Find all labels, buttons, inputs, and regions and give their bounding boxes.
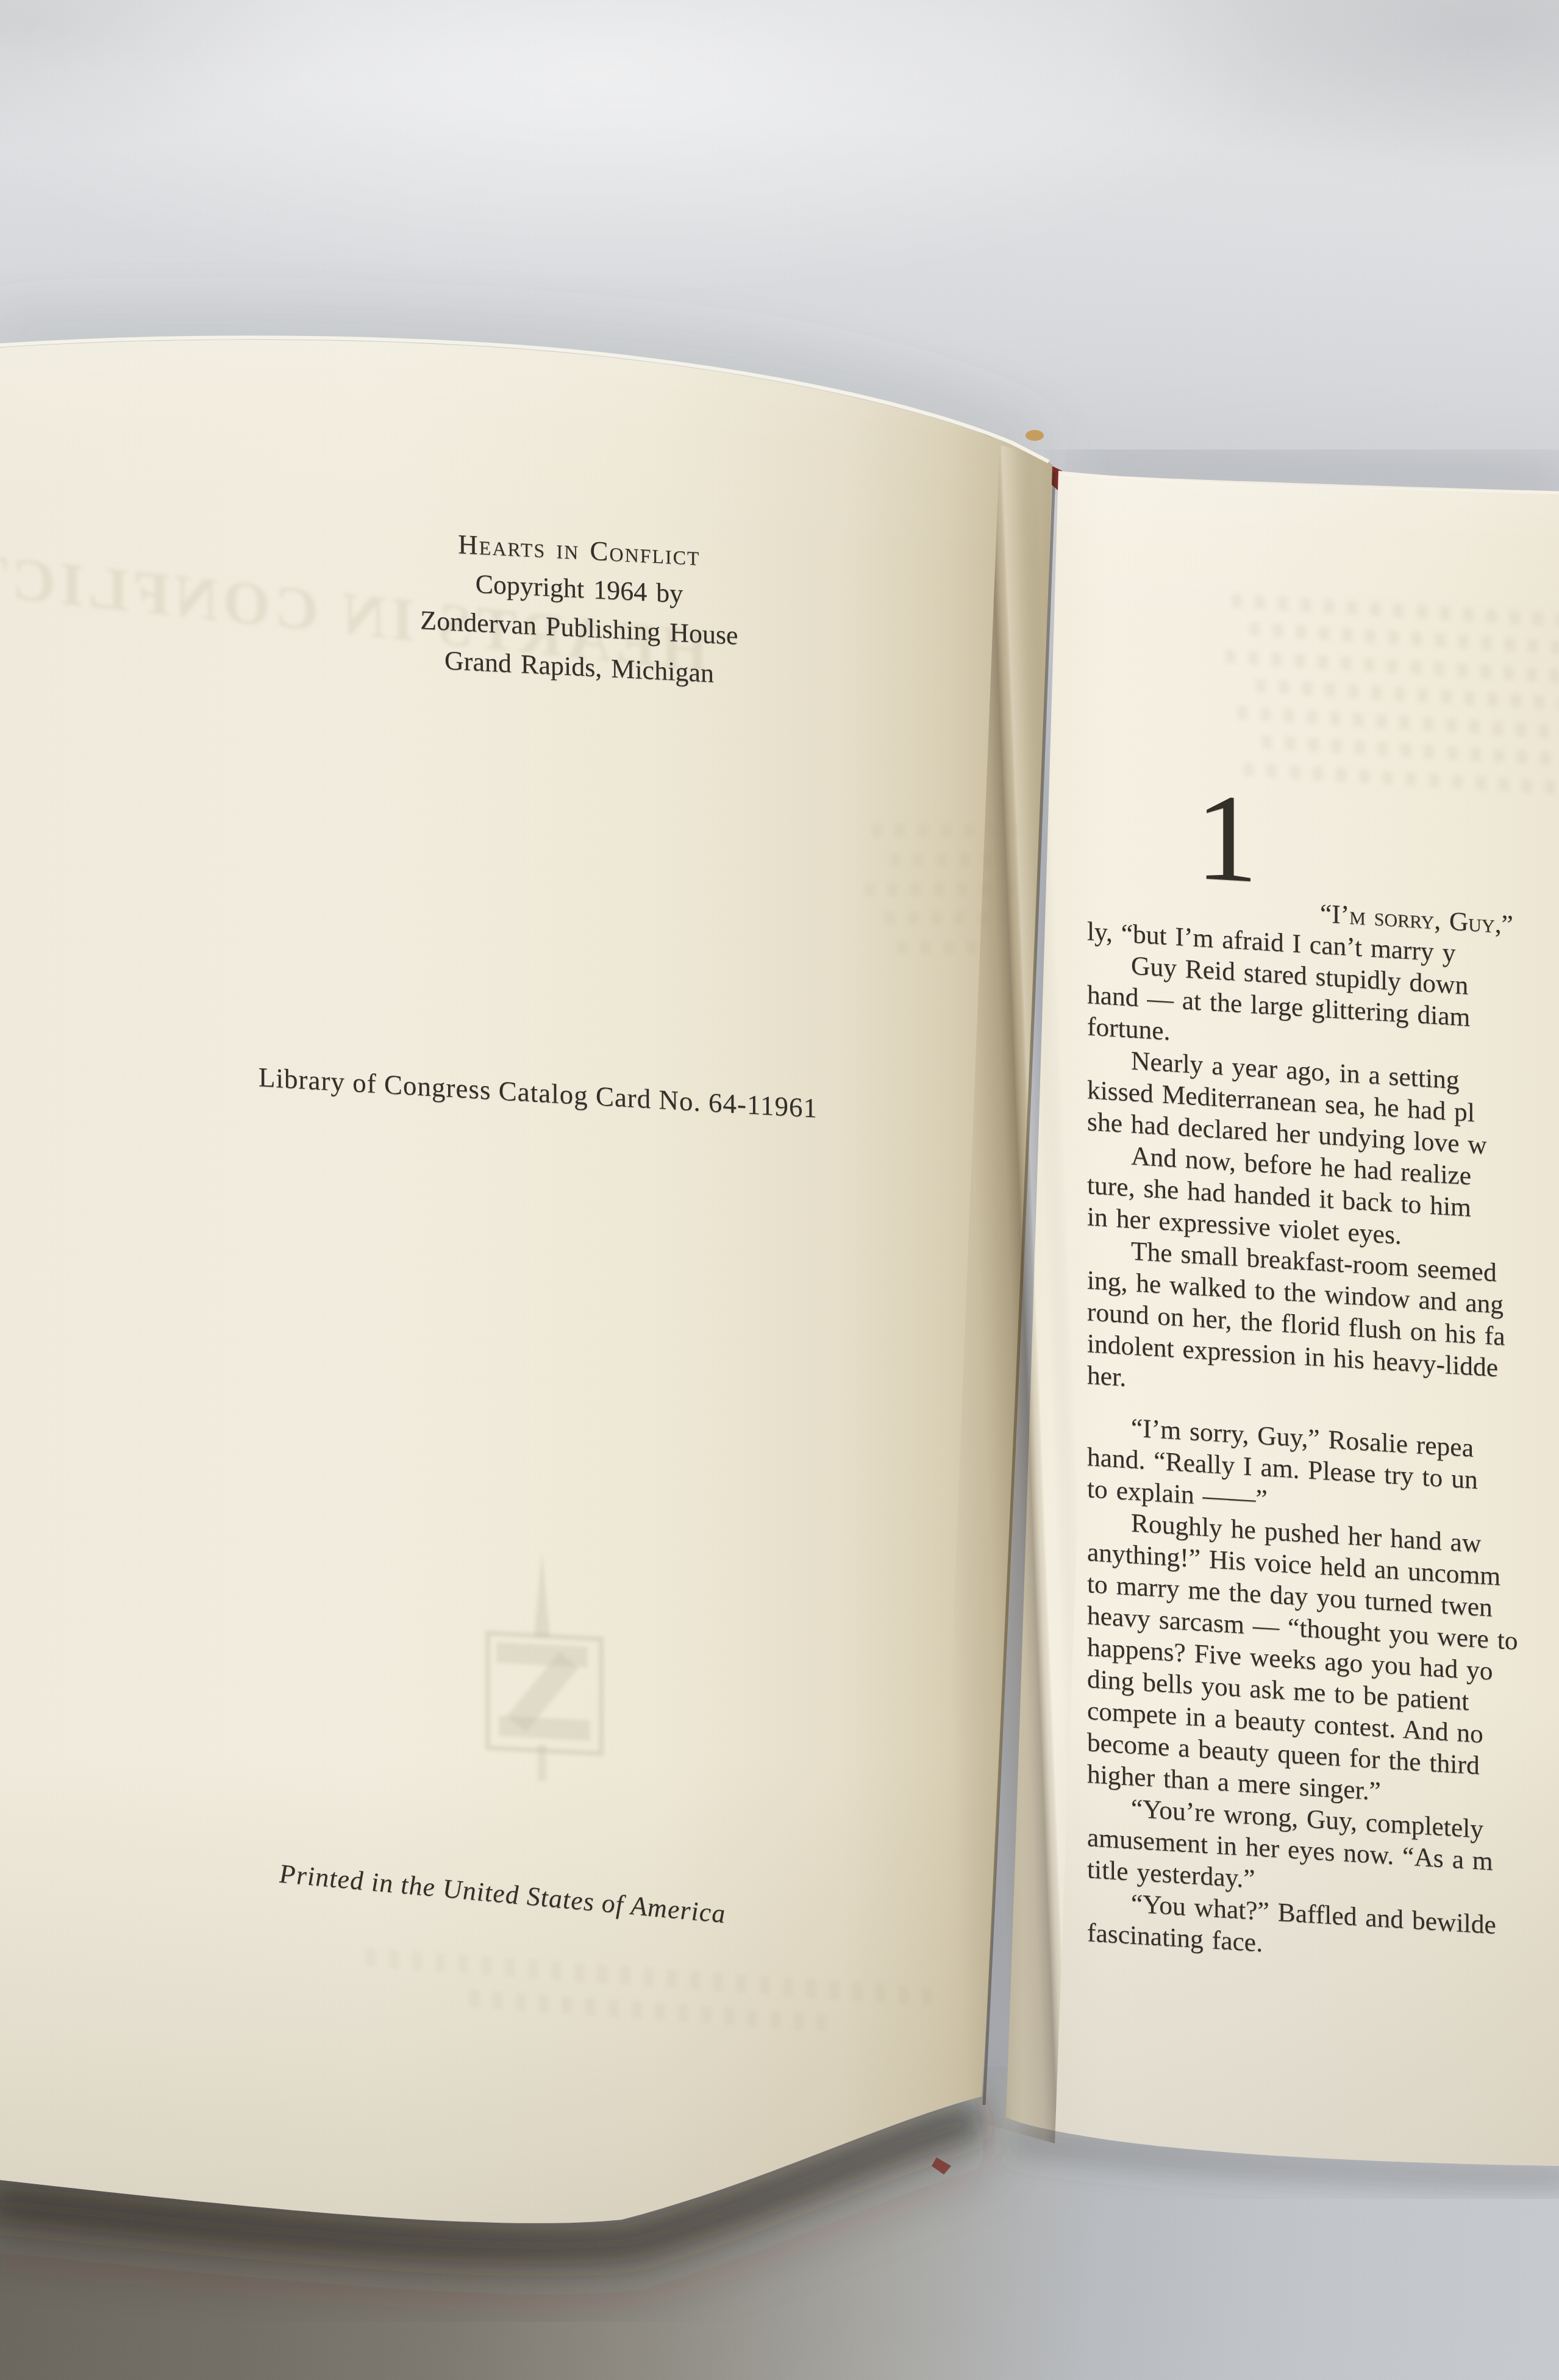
ghost-line [865,883,1023,895]
book-photo: HEARTS IN CONFLICT Hearts in Conflict Co… [0,0,1559,2380]
logo-z-bar [499,1715,590,1741]
logo-box [485,1631,604,1756]
body-text-column: “I’m sorry, Guy,”ly, “but I’m afraid I c… [1087,884,1559,1988]
logo-spike-icon [538,1744,546,1781]
gilt-decoration [1026,430,1044,441]
ghost-line [885,912,1007,924]
logo-spike-icon [534,1551,550,1637]
ghost-line [897,942,989,954]
ghost-line [890,854,1000,866]
ghost-line [872,824,1018,837]
copyright-block: Hearts in Conflict Copyright 1964 by Zon… [363,520,795,698]
publisher-logo-ghost [482,1549,607,1787]
chapter-number: 1 [1190,773,1263,902]
